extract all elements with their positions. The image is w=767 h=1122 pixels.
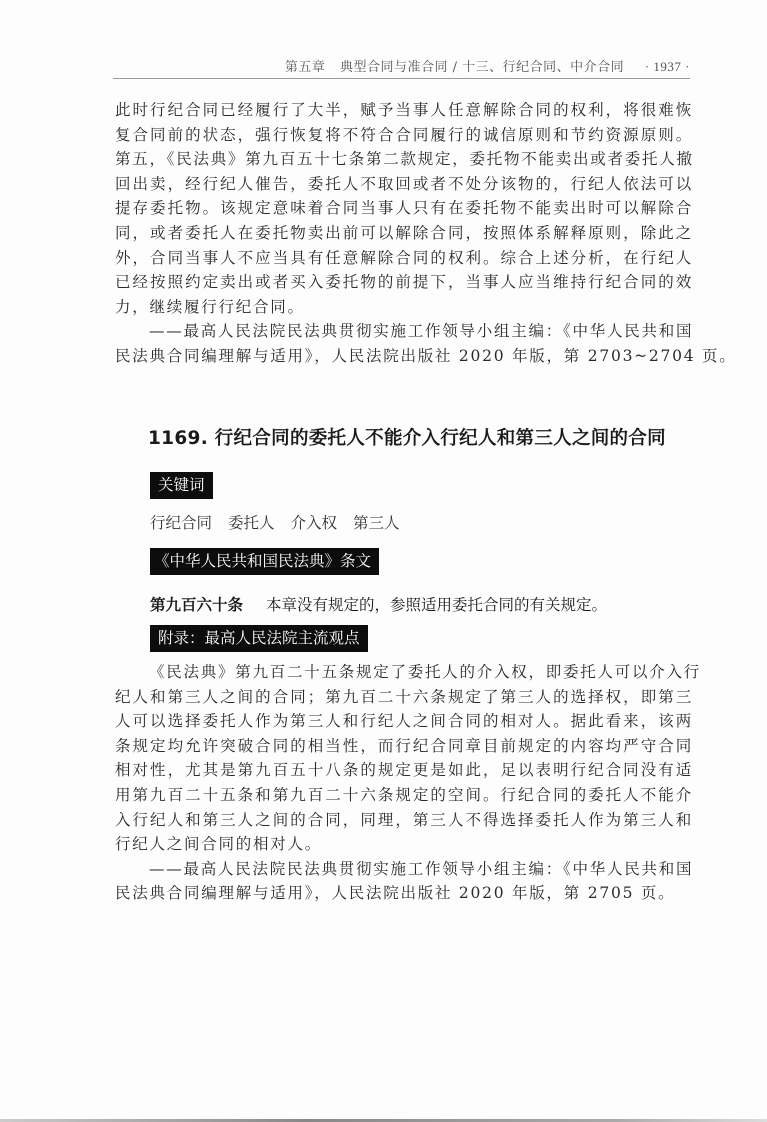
text-line: 行纪人之间合同的相对人。 xyxy=(115,832,693,857)
citation-line: ——最高人民法院民法典贯彻实施工作领导小组主编：《中华人民共和国 xyxy=(115,319,693,344)
keyword: 行纪合同 xyxy=(150,511,212,533)
text-line: 入行纪人和第三人之间的合同，同理，第三人不得选择委托人作为第三人和 xyxy=(115,808,693,833)
keywords-list: 行纪合同 委托人 介入权 第三人 xyxy=(150,511,400,533)
text-line: 纪人和第三人之间的合同；第九百二十六条规定了第三人的选择权，即第三 xyxy=(115,685,693,710)
civil-code-label: 《中华人民共和国民法典》条文 xyxy=(150,548,379,575)
article-text: 本章没有规定的，参照适用委托合同的有关规定。 xyxy=(266,596,607,614)
text-line: 回出卖，经行纪人催告，委托人不取回或者不处分该物的，行纪人依法可以 xyxy=(115,172,693,197)
text-line: 力，继续履行行纪合同。 xyxy=(115,295,693,320)
header-chapter: 第五章 xyxy=(285,60,326,75)
text-line: 复合同前的状态，强行恢复将不符合合同履行的诚信原则和节约资源原则。 xyxy=(115,123,693,148)
running-header: 第五章 典型合同与准合同 / 十三、行纪合同、中介合同 · 1937 · xyxy=(113,56,690,79)
text-line: 第五，《民法典》第九百五十七条第二款规定，委托物不能卖出或者委托人撤 xyxy=(115,147,693,172)
page-number: · 1937 · xyxy=(645,59,690,74)
text-line: 此时行纪合同已经履行了大半，赋予当事人任意解除合同的权利，将很难恢 xyxy=(115,98,693,123)
keyword: 介入权 xyxy=(291,511,338,533)
citation-line: ——最高人民法院民法典贯彻实施工作领导小组主编：《中华人民共和国 xyxy=(115,857,693,882)
appendix-paragraph: 《民法典》第九百二十五条规定了委托人的介入权，即委托人可以介入行 纪人和第三人之… xyxy=(115,660,693,906)
section-title: 1169. 行纪合同的委托人不能介入行纪人和第三人之间的合同 xyxy=(148,424,666,450)
code-article: 第九百六十条 本章没有规定的，参照适用委托合同的有关规定。 xyxy=(150,593,607,615)
text-line: 相对性，尤其是第九百五十八条的规定更是如此，足以表明行纪合同没有适 xyxy=(115,758,693,783)
appendix-label: 附录：最高人民法院主流观点 xyxy=(150,625,368,652)
header-section-path: 典型合同与准合同 / 十三、行纪合同、中介合同 xyxy=(340,60,624,75)
keyword: 第三人 xyxy=(353,511,400,533)
text-line: 用第九百二十五条和第九百二十六条规定的空间。行纪合同的委托人不能介 xyxy=(115,783,693,808)
keywords-label: 关键词 xyxy=(150,472,213,499)
citation-line: 民法典合同编理解与适用》，人民法院出版社 2020 年版，第 2703~2704… xyxy=(115,344,693,369)
text-line: 外，合同当事人不应当具有任意解除合同的权利。综合上述分析，在行纪人 xyxy=(115,246,693,271)
citation-line: 民法典合同编理解与适用》，人民法院出版社 2020 年版，第 2705 页。 xyxy=(115,881,693,906)
text-line: 《民法典》第九百二十五条规定了委托人的介入权，即委托人可以介入行 xyxy=(115,660,693,685)
text-line: 同，或者委托人在委托物卖出前可以解除合同，按照体系解释原则，除此之 xyxy=(115,221,693,246)
keyword: 委托人 xyxy=(228,511,275,533)
text-line: 提存委托物。该规定意味着合同当事人只有在委托物不能卖出时可以解除合 xyxy=(115,196,693,221)
text-line: 条规定均允许突破合同的相当性，而行纪合同章目前规定的内容均严守合同 xyxy=(115,734,693,759)
article-number: 第九百六十条 xyxy=(150,596,243,614)
text-line: 人可以选择委托人作为第三人和行纪人之间合同的相对人。据此看来，该两 xyxy=(115,709,693,734)
text-line: 已经按照约定卖出或者买入委托物的前提下，当事人应当维持行纪合同的效 xyxy=(115,270,693,295)
intro-paragraph: 此时行纪合同已经履行了大半，赋予当事人任意解除合同的权利，将很难恢 复合同前的状… xyxy=(115,98,693,369)
